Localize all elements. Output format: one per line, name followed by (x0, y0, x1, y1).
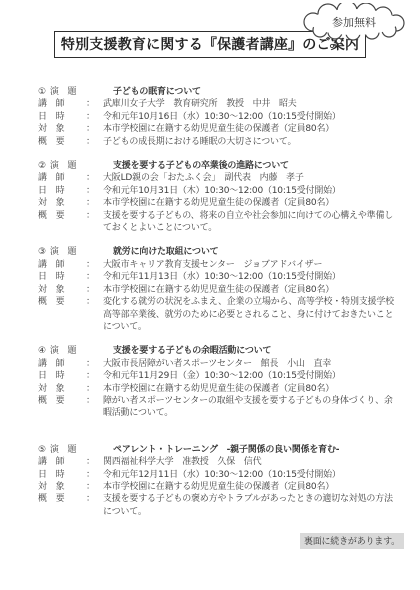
topic-label: 演 題 (50, 346, 76, 356)
lecture-lecturer: 関西福祉科学大学 准教授 久保 信代 (103, 456, 396, 468)
audience-label: 対 象 (38, 123, 86, 135)
audience-label: 対 象 (38, 383, 86, 395)
audience-row: 対 象 ： 本市学校園に在籍する幼児児童生徒の保護者（定員80名） (38, 123, 396, 135)
audience-row: 対 象 ： 本市学校園に在籍する幼児児童生徒の保護者（定員80名） (38, 284, 396, 296)
lecture-topic: 子どもの眠育について (103, 86, 396, 98)
lecture-number: ④ (38, 346, 46, 356)
topic-row: ②演 題 支援を要する子どもの卒業後の進路について (38, 160, 396, 172)
lecture-summary: 変化する就労の状況をふまえ、企業の立場から、高等学校・特別支援学校高等部卒業後、… (103, 296, 396, 333)
colon: ： (86, 185, 103, 197)
audience-label: 対 象 (38, 481, 86, 493)
summary-row: 概 要 ： 子どもの成長期における睡眠の大切さについて。 (38, 136, 396, 148)
lecture-audience: 本市学校園に在籍する幼児児童生徒の保護者（定員80名） (103, 383, 396, 395)
lecture-datetime: 令和元年11月13日（水）10:30～12:00（10:15受付開始） (103, 271, 396, 283)
lecturer-row: 講 師 ： 大阪市長居障がい者スポーツセンター 館長 小山 直幸 (38, 358, 396, 370)
lecture-list: ①演 題 子どもの眠育について 講 師 ： 武庫川女子大学 教育研究所 教授 中… (0, 86, 420, 518)
topic-prefix: ②演 題 (38, 160, 103, 172)
colon: ： (86, 493, 103, 518)
colon: ： (86, 271, 103, 283)
lecture-audience: 本市学校園に在籍する幼児児童生徒の保護者（定員80名） (103, 481, 396, 493)
colon: ： (86, 456, 103, 468)
lecture-section-4: ④演 題 支援を要する子どもの余暇活動について 講 師 ： 大阪市長居障がい者ス… (38, 345, 396, 419)
colon: ： (86, 98, 103, 110)
colon: ： (86, 358, 103, 370)
topic-label: 演 題 (50, 445, 76, 455)
colon: ： (86, 136, 103, 148)
lecture-topic: 就労に向けた取組について (103, 246, 396, 258)
topic-prefix: ④演 題 (38, 345, 103, 357)
lecturer-label: 講 師 (38, 259, 86, 271)
summary-row: 概 要 ： 支援を要する子どもの褒め方やトラブルがあったときの適切な対処の方法に… (38, 493, 396, 518)
lecturer-label: 講 師 (38, 98, 86, 110)
lecture-datetime: 令和元年10月31日（木）10:30～12:00（10:15受付開始） (103, 185, 396, 197)
topic-label: 演 題 (50, 161, 76, 171)
lecturer-row: 講 師 ： 関西福祉科学大学 准教授 久保 信代 (38, 456, 396, 468)
colon: ： (86, 197, 103, 209)
lecture-number: ⑤ (38, 445, 46, 455)
audience-row: 対 象 ： 本市学校園に在籍する幼児児童生徒の保護者（定員80名） (38, 197, 396, 209)
colon: ： (86, 481, 103, 493)
datetime-label: 日 時 (38, 370, 86, 382)
topic-row: ①演 題 子どもの眠育について (38, 86, 396, 98)
colon: ： (86, 395, 103, 420)
lecture-audience: 本市学校園に在籍する幼児児童生徒の保護者（定員80名） (103, 197, 396, 209)
colon: ： (86, 123, 103, 135)
summary-row: 概 要 ： 変化する就労の状況をふまえ、企業の立場から、高等学校・特別支援学校高… (38, 296, 396, 333)
audience-row: 対 象 ： 本市学校園に在籍する幼児児童生徒の保護者（定員80名） (38, 383, 396, 395)
lecture-datetime: 令和元年10月16日（水）10:30～12:00（10:15受付開始） (103, 111, 396, 123)
lecture-topic: 支援を要する子どもの余暇活動について (103, 345, 396, 357)
lecture-number: ③ (38, 247, 46, 257)
audience-label: 対 象 (38, 284, 86, 296)
datetime-label: 日 時 (38, 185, 86, 197)
summary-row: 概 要 ： 支援を要する子どもの、将来の自立や社会参加に向けての心構えや準備して… (38, 210, 396, 235)
lecture-topic: 支援を要する子どもの卒業後の進路について (103, 160, 396, 172)
summary-label: 概 要 (38, 296, 86, 333)
summary-label: 概 要 (38, 493, 86, 518)
datetime-row: 日 時 ： 令和元年10月31日（木）10:30～12:00（10:15受付開始… (38, 185, 396, 197)
free-admission-cloud-icon: 参加無料 (297, 3, 415, 49)
lecture-topic: ペアレント・トレーニング -親子関係の良い関係を育む- (103, 444, 396, 456)
colon: ： (86, 370, 103, 382)
lecture-section-2: ②演 題 支援を要する子どもの卒業後の進路について 講 師 ： 大阪LD親の会「… (38, 160, 396, 234)
free-admission-badge-text: 参加無料 (332, 15, 376, 29)
colon: ： (86, 210, 103, 235)
datetime-row: 日 時 ： 令和元年10月16日（水）10:30～12:00（10:15受付開始… (38, 111, 396, 123)
lecturer-row: 講 師 ： 大阪LD親の会「おたふく会」 副代表 内藤 孝子 (38, 172, 396, 184)
lecture-summary: 支援を要する子どもの褒め方やトラブルがあったときの適切な対処の方法について。 (103, 493, 396, 518)
summary-row: 概 要 ： 障がい者スポーツセンターの取組や支援を要する子どもの身体づくり、余暇… (38, 395, 396, 420)
summary-label: 概 要 (38, 136, 86, 148)
datetime-label: 日 時 (38, 469, 86, 481)
colon: ： (86, 172, 103, 184)
datetime-row: 日 時 ： 令和元年12月11日（水）10:30～12:00（10:15受付開始… (38, 469, 396, 481)
lecture-audience: 本市学校園に在籍する幼児児童生徒の保護者（定員80名） (103, 123, 396, 135)
summary-label: 概 要 (38, 395, 86, 420)
datetime-row: 日 時 ： 令和元年11月29日（金）10:30～12:00（10:15受付開始… (38, 370, 396, 382)
lecture-lecturer: 大阪市キャリア教育支援センター ジョブアドバイザー (103, 259, 396, 271)
lecturer-label: 講 師 (38, 358, 86, 370)
lecture-summary: 障がい者スポーツセンターの取組や支援を要する子どもの身体づくり、余暇活動について… (103, 395, 396, 420)
topic-row: ④演 題 支援を要する子どもの余暇活動について (38, 345, 396, 357)
flyer-page: 参加無料 特別支援教育に関する『保護者講座』のご案内 ①演 題 子どもの眠育につ… (0, 0, 420, 590)
lecture-number: ① (38, 87, 46, 97)
lecture-datetime: 令和元年11月29日（金）10:30～12:00（10:15受付開始） (103, 370, 396, 382)
datetime-row: 日 時 ： 令和元年11月13日（水）10:30～12:00（10:15受付開始… (38, 271, 396, 283)
lecture-lecturer: 大阪市長居障がい者スポーツセンター 館長 小山 直幸 (103, 358, 396, 370)
audience-label: 対 象 (38, 197, 86, 209)
topic-row: ⑤演 題 ペアレント・トレーニング -親子関係の良い関係を育む- (38, 444, 396, 456)
topic-label: 演 題 (50, 247, 76, 257)
topic-label: 演 題 (50, 87, 76, 97)
lecturer-row: 講 師 ： 大阪市キャリア教育支援センター ジョブアドバイザー (38, 259, 396, 271)
topic-row: ③演 題 就労に向けた取組について (38, 246, 396, 258)
lecture-section-1: ①演 題 子どもの眠育について 講 師 ： 武庫川女子大学 教育研究所 教授 中… (38, 86, 396, 148)
continued-on-back-note: 裏面に続きがあります。 (300, 533, 404, 549)
summary-label: 概 要 (38, 210, 86, 235)
audience-row: 対 象 ： 本市学校園に在籍する幼児児童生徒の保護者（定員80名） (38, 481, 396, 493)
colon: ： (86, 383, 103, 395)
lecture-section-5: ⑤演 題 ペアレント・トレーニング -親子関係の良い関係を育む- 講 師 ： 関… (38, 444, 396, 518)
lecture-summary: 支援を要する子どもの、将来の自立や社会参加に向けての心構えや準備しておくとよいこ… (103, 210, 396, 235)
lecture-summary: 子どもの成長期における睡眠の大切さについて。 (103, 136, 396, 148)
topic-prefix: ⑤演 題 (38, 444, 103, 456)
lecture-number: ② (38, 161, 46, 171)
topic-prefix: ③演 題 (38, 246, 103, 258)
colon: ： (86, 111, 103, 123)
lecture-datetime: 令和元年12月11日（水）10:30～12:00（10:15受付開始） (103, 469, 396, 481)
colon: ： (86, 469, 103, 481)
colon: ： (86, 259, 103, 271)
topic-prefix: ①演 題 (38, 86, 103, 98)
colon: ： (86, 296, 103, 333)
datetime-label: 日 時 (38, 111, 86, 123)
datetime-label: 日 時 (38, 271, 86, 283)
lecture-lecturer: 武庫川女子大学 教育研究所 教授 中井 昭夫 (103, 98, 396, 110)
lecturer-label: 講 師 (38, 172, 86, 184)
colon: ： (86, 284, 103, 296)
lecturer-label: 講 師 (38, 456, 86, 468)
lecturer-row: 講 師 ： 武庫川女子大学 教育研究所 教授 中井 昭夫 (38, 98, 396, 110)
lecture-audience: 本市学校園に在籍する幼児児童生徒の保護者（定員80名） (103, 284, 396, 296)
lecture-lecturer: 大阪LD親の会「おたふく会」 副代表 内藤 孝子 (103, 172, 396, 184)
lecture-section-3: ③演 題 就労に向けた取組について 講 師 ： 大阪市キャリア教育支援センター … (38, 246, 396, 333)
